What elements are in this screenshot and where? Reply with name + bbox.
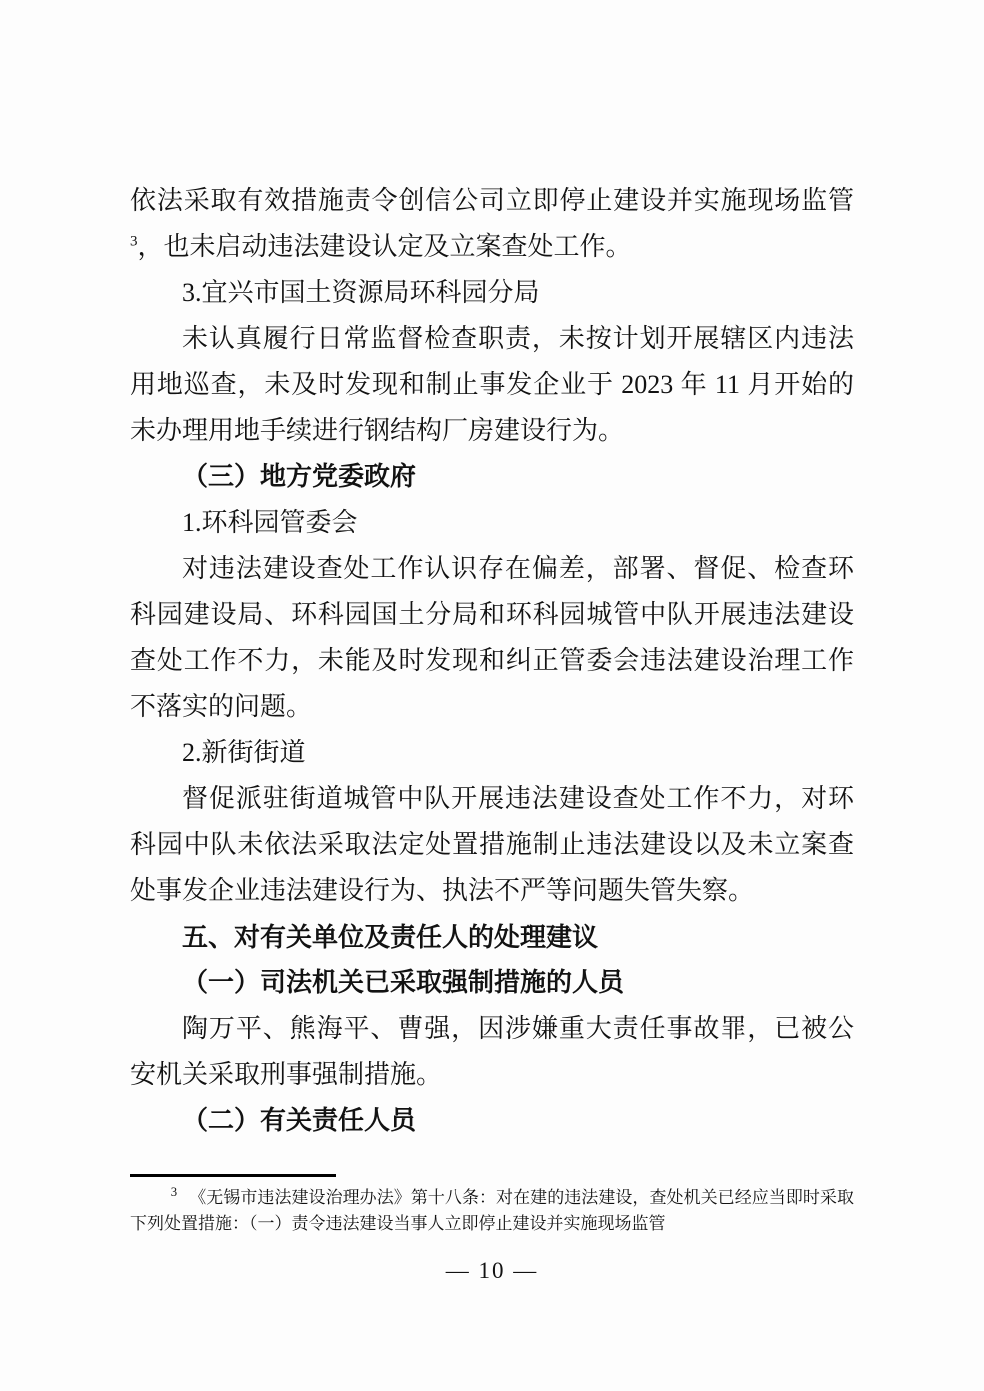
subsection-heading: （三）地方党委政府 xyxy=(130,454,854,500)
body-paragraph: 未认真履行日常监督检查职责，未按计划开展辖区内违法用地巡查，未及时发现和制止事发… xyxy=(130,316,854,454)
page-number: — 10 — xyxy=(0,1258,984,1284)
body-paragraph: 对违法建设查处工作认识存在偏差，部署、督促、检查环科园建设局、环科园国土分局和环… xyxy=(130,546,854,730)
footnote-area: 3《无锡市违法建设治理办法》第十八条：对在建的违法建设，查处机关已经应当即时采取… xyxy=(130,1174,854,1237)
section-heading: 五、对有关单位及责任人的处理建议 xyxy=(130,914,854,960)
subsection-heading: （一）司法机关已采取强制措施的人员 xyxy=(130,960,854,1006)
footnote-divider xyxy=(130,1174,336,1177)
numbered-item-heading: 3.宜兴市国土资源局环科园分局 xyxy=(130,270,854,316)
body-paragraph: 督促派驻街道城管中队开展违法建设查处工作不力，对环科园中队未依法采取法定处置措施… xyxy=(130,776,854,914)
footnote-marker: 3 xyxy=(171,1185,177,1199)
footnote-body: 《无锡市违法建设治理办法》第十八条：对在建的违法建设，查处机关已经应当即时采取下… xyxy=(130,1188,854,1233)
body-paragraph-continued: 依法采取有效措施责令创信公司立即停止建设并实施现场监管3，也未启动违法建设认定及… xyxy=(130,178,854,270)
numbered-item-heading: 1.环科园管委会 xyxy=(130,500,854,546)
numbered-item-heading: 2.新街街道 xyxy=(130,730,854,776)
document-body: 依法采取有效措施责令创信公司立即停止建设并实施现场监管3，也未启动违法建设认定及… xyxy=(130,178,854,1144)
footnote-text: 3《无锡市违法建设治理办法》第十八条：对在建的违法建设，查处机关已经应当即时采取… xyxy=(130,1185,854,1237)
subsection-heading: （二）有关责任人员 xyxy=(130,1098,854,1144)
body-paragraph: 陶万平、熊海平、曹强，因涉嫌重大责任事故罪，已被公安机关采取刑事强制措施。 xyxy=(130,1006,854,1098)
paragraph-text: 依法采取有效措施责令创信公司立即停止建设并实施现场监管 xyxy=(130,186,854,215)
paragraph-text: ，也未启动违法建设认定及立案查处工作。 xyxy=(138,232,632,261)
document-page: 依法采取有效措施责令创信公司立即停止建设并实施现场监管3，也未启动违法建设认定及… xyxy=(0,0,984,1391)
footnote-reference-superscript: 3 xyxy=(130,233,138,249)
